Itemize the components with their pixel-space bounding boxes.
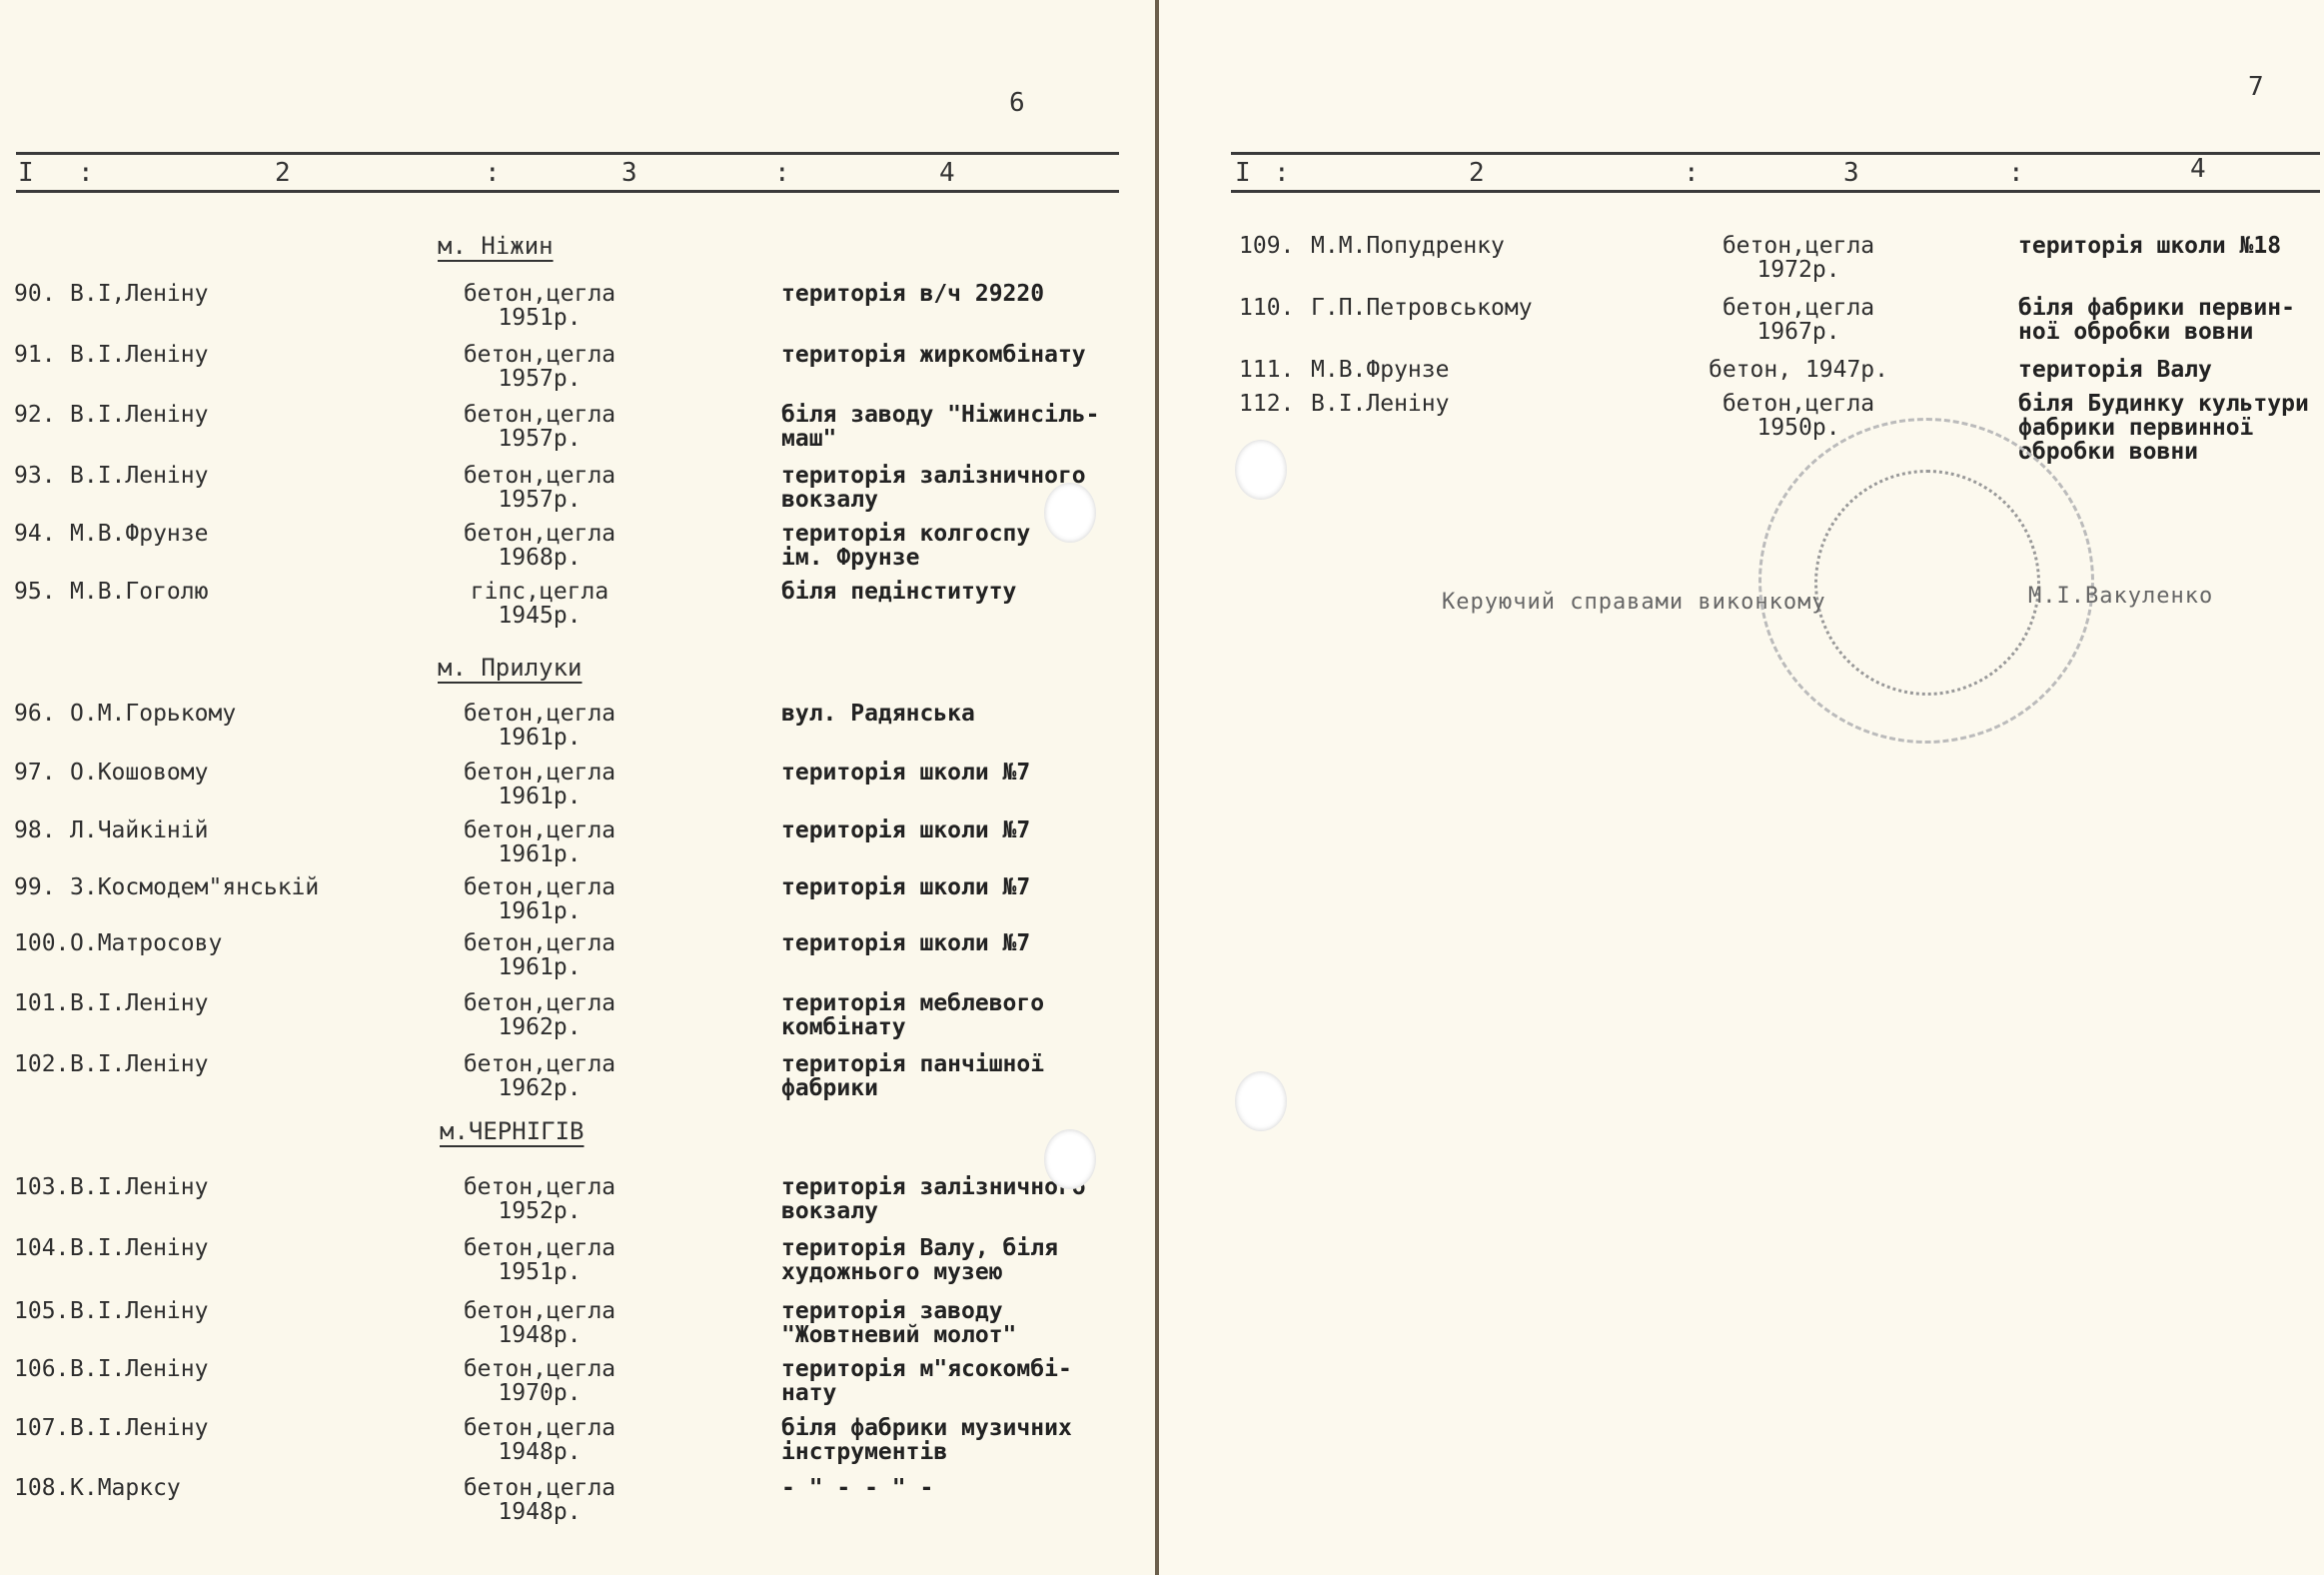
section-city: м.ЧЕРНІГІВ: [440, 1117, 584, 1145]
monument-name: Л.Чайкіній: [70, 818, 208, 842]
row-number: 108.: [14, 1476, 69, 1500]
location-cell: біля фабрики первин-ної обробки вовни: [2018, 296, 2324, 344]
location-line: - " - - " -: [781, 1476, 1141, 1500]
header-sep: :: [774, 158, 790, 188]
header-sep: :: [485, 158, 501, 188]
location-line: територія Валу, біля: [781, 1236, 1141, 1260]
row-number: 111.: [1239, 358, 1294, 382]
material-cell: бетон,цегла1962р.: [430, 1052, 649, 1100]
header-rule-bottom: [1231, 190, 2320, 193]
year: 1961р.: [430, 726, 649, 750]
year: 1951р.: [430, 306, 649, 330]
monument-name: О.Матросову: [70, 931, 222, 955]
monument-name: З.Космодем"янській: [70, 875, 319, 899]
year: 1967р.: [1689, 320, 1908, 344]
location-line: територія в/ч 29220: [781, 282, 1141, 306]
location-line: художнього музею: [781, 1260, 1141, 1284]
location-cell: біля Будинку культурифабрики первинноїоб…: [2018, 392, 2324, 464]
material-cell: бетон,цегла1957р.: [430, 343, 649, 391]
location-line: територія меблевого: [781, 991, 1141, 1015]
row-number: 93.: [14, 464, 56, 488]
material: бетон,цегла: [430, 818, 649, 842]
year: 1961р.: [430, 899, 649, 923]
header-col-2: 2: [1469, 158, 1485, 188]
material: бетон,цегла: [430, 1299, 649, 1323]
location-cell: біля заводу "Ніжинсіль-маш": [781, 403, 1141, 451]
location-line: територія школи №7: [781, 875, 1141, 899]
signature-name: М.І.Вакуленко: [2028, 584, 2213, 609]
monument-name: М.В.Фрунзе: [70, 522, 208, 546]
material-cell: бетон,цегла1967р.: [1689, 296, 1908, 344]
year: 1972р.: [1689, 258, 1908, 282]
header-sep: :: [78, 158, 94, 188]
year: 1948р.: [430, 1440, 649, 1464]
material-cell: бетон,цегла1957р.: [430, 464, 649, 512]
location-line: біля заводу "Ніжинсіль-: [781, 403, 1141, 427]
material-cell: бетон,цегла1961р.: [430, 761, 649, 808]
material: бетон,цегла: [430, 1357, 649, 1381]
location-line: територія школи №7: [781, 818, 1141, 842]
row-number: 90.: [14, 282, 56, 306]
header-col-2: 2: [275, 158, 291, 188]
row-number: 106.: [14, 1357, 69, 1381]
header-col-3: 3: [1843, 158, 1859, 188]
location-cell: вул. Радянська: [781, 702, 1141, 726]
monument-name: О.М.Горькому: [70, 702, 236, 726]
row-number: 92.: [14, 403, 56, 427]
page-right: 7 I : 2 : 3 : 4 109.М.М.Попудренкубетон,…: [1159, 0, 2324, 1575]
material: бетон,цегла: [430, 1416, 649, 1440]
header-sep: :: [2008, 158, 2024, 188]
monument-name: В.І,Леніну: [70, 282, 208, 306]
row-number: 102.: [14, 1052, 69, 1076]
material: бетон,цегла: [430, 1175, 649, 1199]
year: 1957р.: [430, 488, 649, 512]
section-city: м. Ніжин: [438, 232, 554, 260]
year: 1948р.: [430, 1500, 649, 1524]
material-cell: бетон,цегла1968р.: [430, 522, 649, 570]
location-cell: територія Валу, біляхудожнього музею: [781, 1236, 1141, 1284]
material: бетон,цегла: [430, 931, 649, 955]
location-line: маш": [781, 427, 1141, 451]
material: бетон,цегла: [430, 1236, 649, 1260]
monument-name: М.В.Фрунзе: [1311, 358, 1449, 382]
header-col-3: 3: [621, 158, 637, 188]
material: бетон,цегла: [430, 875, 649, 899]
material-cell: бетон,цегла1972р.: [1689, 234, 1908, 282]
location-cell: територія Валу: [2018, 358, 2324, 382]
location-line: фабрики: [781, 1076, 1141, 1100]
row-number: 103.: [14, 1175, 69, 1199]
location-line: вокзалу: [781, 1199, 1141, 1223]
year: 1957р.: [430, 427, 649, 451]
material: бетон,цегла: [430, 761, 649, 785]
monument-name: В.І.Леніну: [70, 1299, 208, 1323]
page-left: 6 I : 2 : 3 : 4 м. Ніжин м. Прилуки м.ЧЕ…: [0, 0, 1155, 1575]
material: бетон,цегла: [430, 464, 649, 488]
location-cell: територія залізничноговокзалу: [781, 1175, 1141, 1223]
location-line: територія школи №7: [781, 761, 1141, 785]
location-line: територія м"ясокомбі-: [781, 1357, 1141, 1381]
location-cell: територія панчішноїфабрики: [781, 1052, 1141, 1100]
material: бетон,цегла: [1689, 234, 1908, 258]
location-line: територія панчішної: [781, 1052, 1141, 1076]
official-stamp-outer: [1758, 418, 2094, 744]
year: 1970р.: [430, 1381, 649, 1405]
location-cell: територія в/ч 29220: [781, 282, 1141, 306]
header-sep: :: [1684, 158, 1700, 188]
material-cell: бетон, 1947р.: [1689, 358, 1908, 382]
location-cell: територія школи №7: [781, 818, 1141, 842]
header-col-4: 4: [2190, 154, 2206, 184]
monument-name: В.І.Леніну: [70, 403, 208, 427]
year: 1951р.: [430, 1260, 649, 1284]
location-line: територія заводу: [781, 1299, 1141, 1323]
row-number: 95.: [14, 580, 56, 604]
location-line: ної обробки вовни: [2018, 320, 2324, 344]
location-line: ім. Фрунзе: [781, 546, 1141, 570]
punch-hole: [1235, 1071, 1287, 1131]
location-line: вул. Радянська: [781, 702, 1141, 726]
header-col-1: I: [18, 158, 34, 188]
material: бетон,цегла: [430, 1052, 649, 1076]
location-line: нату: [781, 1381, 1141, 1405]
monument-name: В.І.Леніну: [70, 1175, 208, 1199]
location-cell: територія школи №18: [2018, 234, 2324, 258]
row-number: 101.: [14, 991, 69, 1015]
monument-name: В.І.Леніну: [70, 343, 208, 367]
year: 1957р.: [430, 367, 649, 391]
row-number: 112.: [1239, 392, 1294, 416]
monument-name: М.М.Попудренку: [1311, 234, 1505, 258]
location-cell: - " - - " -: [781, 1476, 1141, 1500]
year: 1945р.: [430, 604, 649, 628]
row-number: 98.: [14, 818, 56, 842]
material-cell: бетон,цегла1961р.: [430, 818, 649, 866]
material: гіпс,цегла: [430, 580, 649, 604]
section-city: м. Прилуки: [438, 654, 582, 682]
material: бетон,цегла: [1689, 296, 1908, 320]
monument-name: Г.П.Петровському: [1311, 296, 1533, 320]
monument-name: В.І.Леніну: [70, 464, 208, 488]
location-cell: територія жиркомбінату: [781, 343, 1141, 367]
material-cell: бетон,цегла1962р.: [430, 991, 649, 1039]
monument-name: О.Кошовому: [70, 761, 208, 785]
header-col-4: 4: [939, 158, 955, 188]
location-line: комбінату: [781, 1015, 1141, 1039]
material-cell: бетон,цегла1948р.: [430, 1416, 649, 1464]
location-cell: територія меблевогокомбінату: [781, 991, 1141, 1039]
location-line: обробки вовни: [2018, 440, 2324, 464]
location-line: біля Будинку культури: [2018, 392, 2324, 416]
year: 1952р.: [430, 1199, 649, 1223]
monument-name: К.Марксу: [70, 1476, 181, 1500]
row-number: 100.: [14, 931, 69, 955]
location-cell: територія школи №7: [781, 875, 1141, 899]
year: 1961р.: [430, 785, 649, 808]
material-cell: бетон,цегла1952р.: [430, 1175, 649, 1223]
material: бетон, 1947р.: [1689, 358, 1908, 382]
page-number: 6: [1009, 88, 1025, 118]
row-number: 94.: [14, 522, 56, 546]
location-line: територія залізничного: [781, 464, 1141, 488]
location-cell: біля педінституту: [781, 580, 1141, 604]
year: 1962р.: [430, 1076, 649, 1100]
monument-name: М.В.Гоголю: [70, 580, 208, 604]
row-number: 91.: [14, 343, 56, 367]
location-line: територія Валу: [2018, 358, 2324, 382]
page-number: 7: [2248, 72, 2264, 102]
material-cell: бетон,цегла1970р.: [430, 1357, 649, 1405]
material: бетон,цегла: [1689, 392, 1908, 416]
location-line: "Жовтневий молот": [781, 1323, 1141, 1347]
row-number: 109.: [1239, 234, 1294, 258]
punch-hole: [1044, 1129, 1096, 1189]
row-number: 104.: [14, 1236, 69, 1260]
material-cell: бетон,цегла1961р.: [430, 875, 649, 923]
year: 1968р.: [430, 546, 649, 570]
year: 1962р.: [430, 1015, 649, 1039]
material: бетон,цегла: [430, 991, 649, 1015]
location-line: біля педінституту: [781, 580, 1141, 604]
monument-name: В.І.Леніну: [1311, 392, 1449, 416]
material-cell: бетон,цегла1951р.: [430, 1236, 649, 1284]
header-rule-top: [16, 152, 1119, 155]
material-cell: бетон,цегла1948р.: [430, 1299, 649, 1347]
punch-hole: [1044, 483, 1096, 543]
location-cell: територія заводу"Жовтневий молот": [781, 1299, 1141, 1347]
location-line: біля фабрики первин-: [2018, 296, 2324, 320]
material: бетон,цегла: [430, 1476, 649, 1500]
material: бетон,цегла: [430, 702, 649, 726]
monument-name: В.І.Леніну: [70, 1236, 208, 1260]
location-line: інструментів: [781, 1440, 1141, 1464]
row-number: 96.: [14, 702, 56, 726]
location-line: фабрики первинної: [2018, 416, 2324, 440]
material-cell: бетон,цегла1961р.: [430, 702, 649, 750]
year: 1961р.: [430, 842, 649, 866]
location-line: територія жиркомбінату: [781, 343, 1141, 367]
material: бетон,цегла: [430, 403, 649, 427]
monument-name: В.І.Леніну: [70, 991, 208, 1015]
material-cell: гіпс,цегла1945р.: [430, 580, 649, 628]
monument-name: В.І.Леніну: [70, 1416, 208, 1440]
material: бетон,цегла: [430, 343, 649, 367]
header-sep: :: [1274, 158, 1290, 188]
material-cell: бетон,цегла1951р.: [430, 282, 649, 330]
row-number: 99.: [14, 875, 56, 899]
signature-title: Керуючий справами виконкому: [1442, 590, 1826, 615]
location-cell: територія м"ясокомбі-нату: [781, 1357, 1141, 1405]
material-cell: бетон,цегла1957р.: [430, 403, 649, 451]
location-cell: територія школи №7: [781, 761, 1141, 785]
material-cell: бетон,цегла1961р.: [430, 931, 649, 979]
location-cell: біля фабрики музичнихінструментів: [781, 1416, 1141, 1464]
row-number: 107.: [14, 1416, 69, 1440]
location-line: територія школи №18: [2018, 234, 2324, 258]
material: бетон,цегла: [430, 522, 649, 546]
row-number: 97.: [14, 761, 56, 785]
monument-name: В.І.Леніну: [70, 1357, 208, 1381]
location-line: територія школи №7: [781, 931, 1141, 955]
header-col-1: I: [1235, 158, 1251, 188]
material: бетон,цегла: [430, 282, 649, 306]
row-number: 110.: [1239, 296, 1294, 320]
material-cell: бетон,цегла1948р.: [430, 1476, 649, 1524]
header-rule-bottom: [16, 190, 1119, 193]
location-line: біля фабрики музичних: [781, 1416, 1141, 1440]
year: 1948р.: [430, 1323, 649, 1347]
row-number: 105.: [14, 1299, 69, 1323]
punch-hole: [1235, 440, 1287, 500]
monument-name: В.І.Леніну: [70, 1052, 208, 1076]
year: 1961р.: [430, 955, 649, 979]
location-cell: територія школи №7: [781, 931, 1141, 955]
header-rule-top: [1231, 152, 2320, 155]
